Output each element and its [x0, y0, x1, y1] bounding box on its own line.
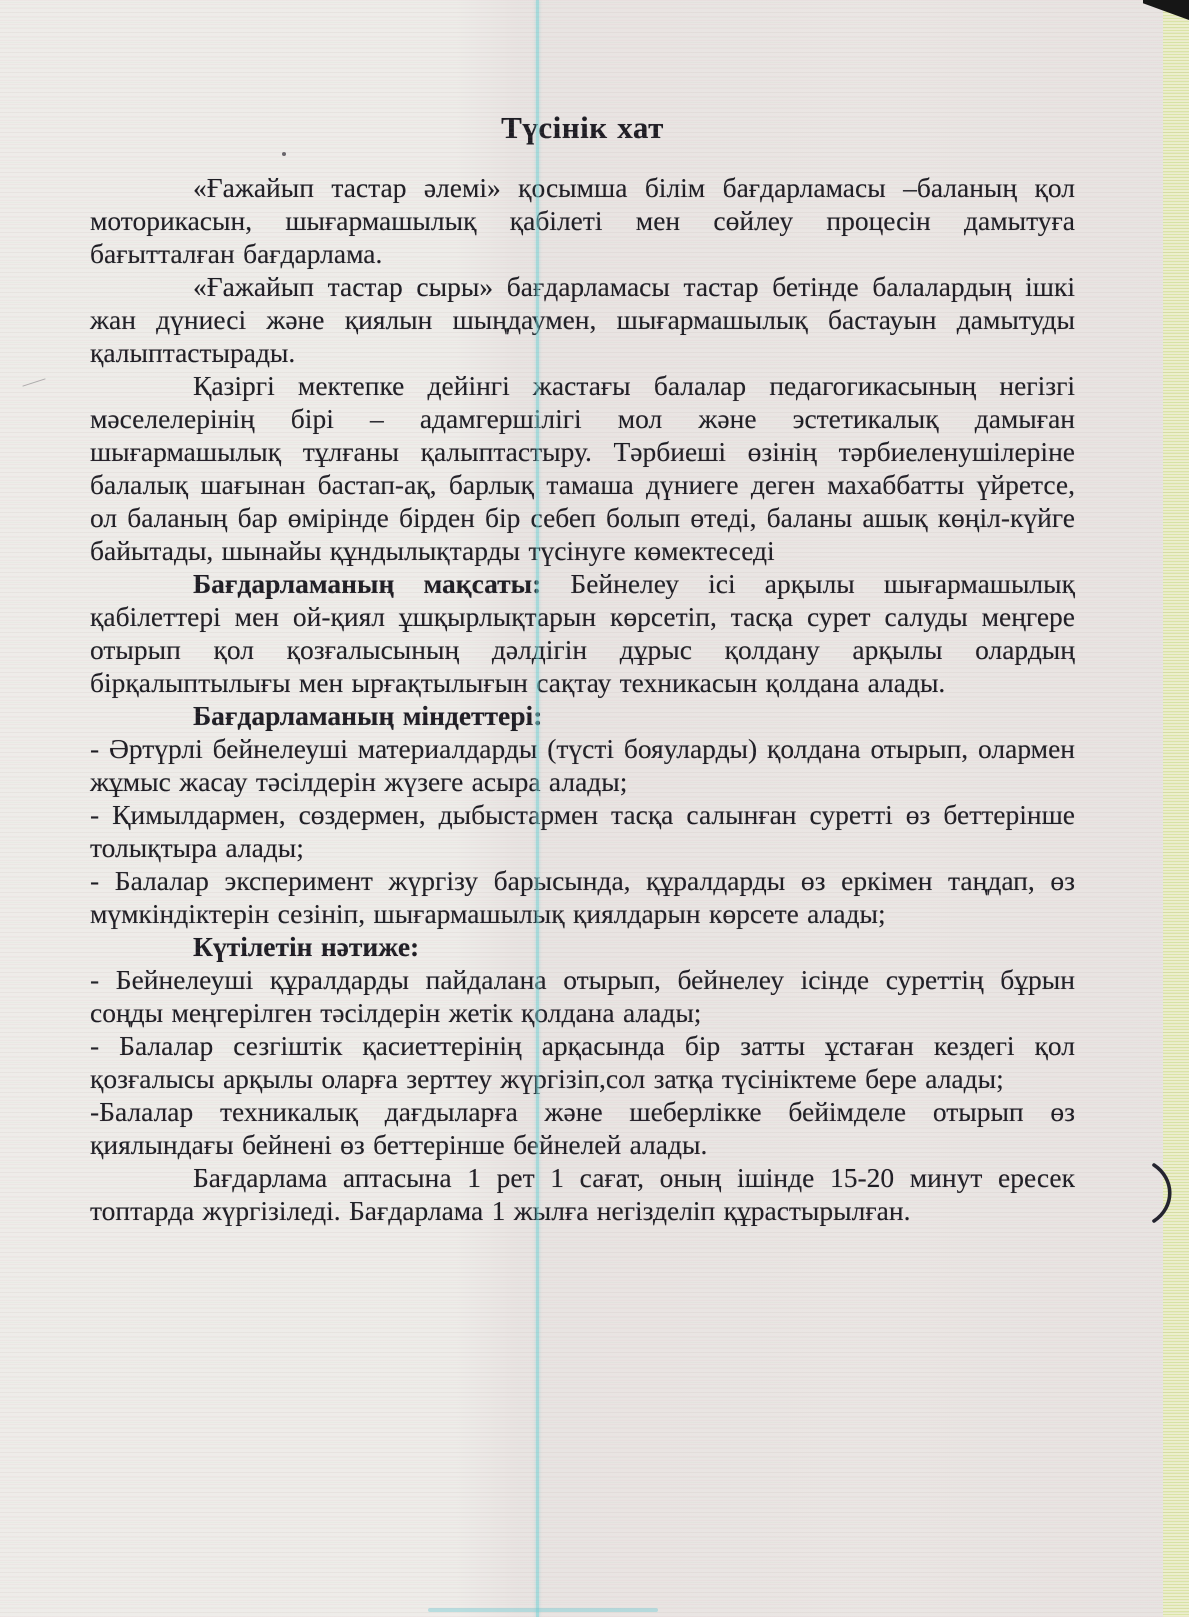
document-content: Түсінік хат «Ғажайып тастар әлемі» қосым…	[90, 0, 1075, 1227]
paragraph-text: «Ғажайып тастар сыры» бағдарламасы таста…	[90, 271, 1075, 368]
paragraph: -Балалар техникалық дағдыларға және шебе…	[90, 1095, 1075, 1161]
paragraph-text: Бағдарлама аптасына 1 рет 1 сағат, оның …	[90, 1162, 1075, 1226]
paragraph: - Әртүрлі бейнелеуші материалдарды (түст…	[90, 732, 1075, 798]
scratch-mark	[22, 378, 45, 386]
paragraph-lead: Бағдарламаның міндеттері:	[193, 700, 542, 731]
paragraph: Бағдарлама аптасына 1 рет 1 сағат, оның …	[90, 1161, 1075, 1227]
paragraph: Бағдарламаның мақсаты: Бейнелеу ісі арқы…	[90, 567, 1075, 699]
paragraph-lead: Күтілетін нәтиже:	[193, 931, 419, 962]
paragraph: - Балалар сезгіштік қасиеттерінің арқасы…	[90, 1029, 1075, 1095]
paragraph: - Бейнелеуші құралдарды пайдалана отырып…	[90, 963, 1075, 1029]
paragraph-text: - Әртүрлі бейнелеуші материалдарды (түст…	[90, 733, 1075, 797]
pen-bracket-mark	[1150, 1162, 1180, 1224]
paragraph: «Ғажайып тастар әлемі» қосымша білім бағ…	[90, 171, 1075, 270]
paragraph-text: - Қимылдармен, сөздермен, дыбыстармен та…	[90, 799, 1075, 863]
paragraph-lead: Бағдарламаның мақсаты:	[193, 568, 541, 599]
paragraph: - Балалар эксперимент жүргізу барысында,…	[90, 864, 1075, 930]
paragraph: «Ғажайып тастар сыры» бағдарламасы таста…	[90, 270, 1075, 369]
notebook-edge-strip	[1163, 0, 1189, 1617]
cyan-smudge	[428, 1608, 658, 1612]
paragraph-list: «Ғажайып тастар әлемі» қосымша білім бағ…	[90, 171, 1075, 1227]
paragraph-text: «Ғажайып тастар әлемі» қосымша білім бағ…	[90, 172, 1075, 269]
paragraph: - Қимылдармен, сөздермен, дыбыстармен та…	[90, 798, 1075, 864]
scanned-document-page: Түсінік хат «Ғажайып тастар әлемі» қосым…	[0, 0, 1189, 1617]
paragraph-text: Қазіргі мектепке дейінгі жастағы балалар…	[90, 370, 1075, 566]
paragraph-text: - Балалар эксперимент жүргізу барысында,…	[90, 865, 1075, 929]
page-title: Түсінік хат	[90, 0, 1075, 145]
paragraph-text: - Бейнелеуші құралдарды пайдалана отырып…	[90, 964, 1075, 1028]
paragraph: Бағдарламаның міндеттері:	[90, 699, 1075, 732]
paragraph: Қазіргі мектепке дейінгі жастағы балалар…	[90, 369, 1075, 567]
paragraph: Күтілетін нәтиже:	[90, 930, 1075, 963]
scan-corner-shadow	[1143, 0, 1189, 20]
paragraph-text: -Балалар техникалық дағдыларға және шебе…	[90, 1096, 1075, 1160]
paragraph-text: - Балалар сезгіштік қасиеттерінің арқасы…	[90, 1030, 1075, 1094]
